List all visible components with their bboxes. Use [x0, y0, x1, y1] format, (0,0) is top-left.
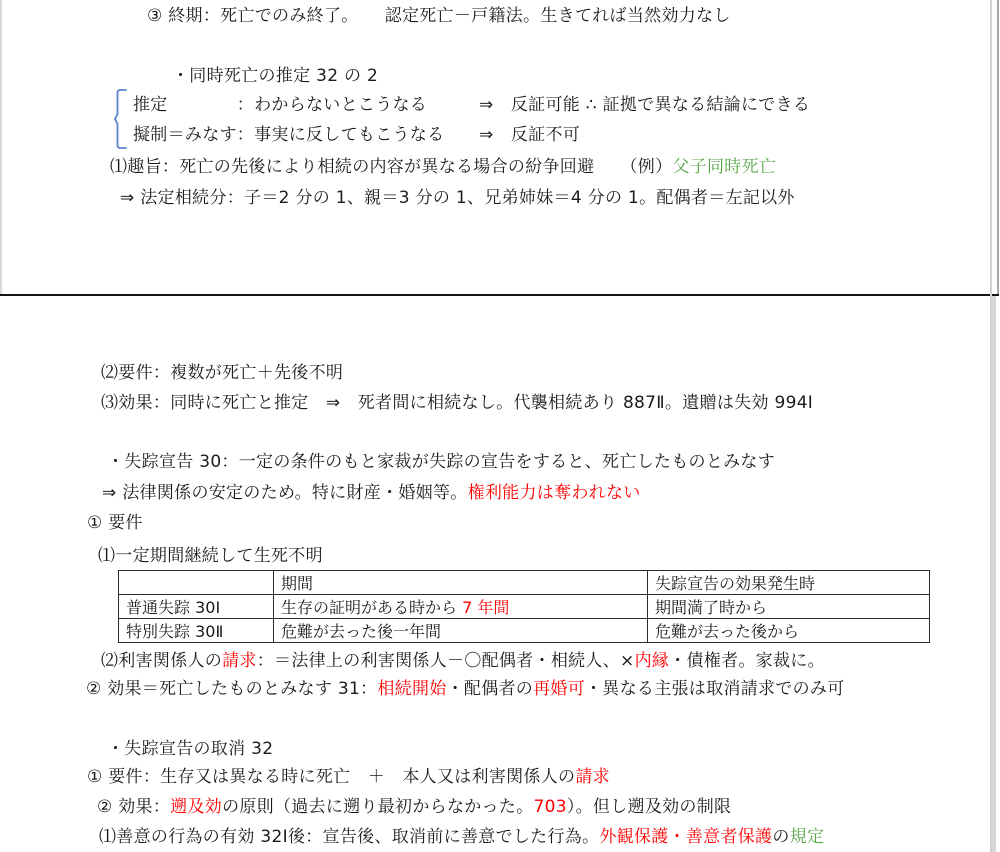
text-line: ⑵要件：複数が死亡＋先後不明	[101, 363, 343, 384]
text-segment: 危難が去った後から	[655, 622, 799, 641]
text-segment: 再婚可	[533, 679, 585, 699]
text-segment: の	[772, 827, 789, 847]
text-segment: ⑴趣旨：死亡の先後により相続の内容が異なる場合の紛争回避 （例）	[110, 157, 672, 177]
text-segment: ⑵要件：複数が死亡＋先後不明	[101, 363, 343, 383]
text-line: ② 効果：遡及効の原則（過去に遡り最初からなかった。703）。但し遡及効の制限	[97, 797, 731, 818]
table-header-cell: 期間	[274, 571, 648, 595]
text-segment: の原則（過去に遡り最初からなかった。	[222, 797, 533, 817]
text-segment: 権利能力は奪われない	[468, 483, 641, 503]
table-header-row: 期間失踪宣告の効果発生時	[119, 571, 930, 595]
text-segment: ⇒ 法律関係の安定のため。特に財産・婚姻等。	[102, 483, 468, 503]
table-row: 普通失踪 30Ⅰ生存の証明がある時から 7 年間期間満了時から	[119, 595, 930, 619]
text-segment: ⇒ 法定相続分：子＝2 分の 1、親＝3 分の 1、兄弟姉妹＝4 分の 1。配偶…	[120, 188, 795, 208]
text-segment: 期間満了時から	[655, 598, 767, 617]
text-segment: 普通失踪 30Ⅰ	[126, 598, 220, 617]
text-line: 擬制＝みなす：事実に反してもこうなる ⇒ 反証不可	[133, 125, 580, 146]
text-segment: 失踪宣告の効果発生時	[655, 574, 815, 593]
table-cell: 普通失踪 30Ⅰ	[119, 595, 274, 619]
text-segment: 父子同時死亡	[672, 157, 776, 177]
text-segment: ① 要件	[87, 513, 143, 533]
text-segment: 外観保護・善意者保護	[599, 827, 772, 847]
text-segment: 危難が去った後一年間	[281, 622, 441, 641]
table-header-cell: 失踪宣告の効果発生時	[648, 571, 930, 595]
table-cell: 危難が去った後から	[648, 619, 930, 643]
text-segment: 遡及効	[170, 797, 222, 817]
document-viewer: ③ 終期：死亡でのみ終了。 認定死亡－戸籍法。生きてれば当然効力なし・同時死亡の…	[0, 0, 1000, 852]
text-segment: ：＝法律上の利害関係人－〇配偶者・相続人、×	[257, 651, 635, 671]
text-segment: ① 要件：生存又は異なる時に死亡 ＋ 本人又は利害関係人の	[87, 767, 575, 787]
text-segment: 相続開始	[377, 679, 446, 699]
text-segment: ③ 終期：死亡でのみ終了。 認定死亡－戸籍法。生きてれば当然効力なし	[147, 6, 731, 26]
missing-person-table-body: 期間失踪宣告の効果発生時普通失踪 30Ⅰ生存の証明がある時から 7 年間期間満了…	[119, 571, 930, 643]
page1-right-frame-edge	[997, 0, 999, 294]
text-line: ⑴一定期間継続して生死不明	[98, 546, 323, 567]
text-segment: 推定 ：わからないとこうなる ⇒ 反証可能 ∴ 証拠で異なる結論にできる	[133, 95, 810, 115]
text-segment: 請求	[575, 767, 610, 787]
text-segment: 請求	[222, 651, 257, 671]
page-separator-line	[0, 294, 999, 296]
text-line: ③ 終期：死亡でのみ終了。 認定死亡－戸籍法。生きてれば当然効力なし	[147, 6, 731, 27]
text-segment: ・債権者。家裁に。	[669, 651, 825, 671]
text-segment: 期間	[281, 574, 313, 593]
text-segment: ② 効果：	[97, 797, 170, 817]
text-segment: ⑴一定期間継続して生死不明	[98, 546, 323, 566]
text-segment: 特別失踪 30Ⅱ	[126, 622, 223, 641]
text-segment: 生存の証明がある時から	[281, 598, 462, 617]
text-segment: 703	[533, 797, 566, 817]
text-line: ⑶効果：同時に死亡と推定 ⇒ 死者間に相続なし。代襲相続あり 887Ⅱ。遺贈は失…	[101, 393, 813, 414]
text-segment: 内縁	[635, 651, 670, 671]
table-cell: 特別失踪 30Ⅱ	[119, 619, 274, 643]
text-line: ② 効果＝死亡したものとみなす 31：相続開始・配偶者の再婚可・異なる主張は取消…	[86, 679, 845, 700]
text-line: ⇒ 法定相続分：子＝2 分の 1、親＝3 分の 1、兄弟姉妹＝4 分の 1。配偶…	[120, 188, 795, 209]
text-segment: ⑶効果：同時に死亡と推定 ⇒ 死者間に相続なし。代襲相続あり 887Ⅱ。遺贈は失…	[101, 393, 813, 413]
text-segment: 擬制＝みなす：事実に反してもこうなる ⇒ 反証不可	[133, 125, 580, 145]
text-segment: ・配偶者の	[447, 679, 534, 699]
text-line: ⇒ 法律関係の安定のため。特に財産・婚姻等。権利能力は奪われない	[102, 483, 641, 504]
page1-left-edge	[0, 0, 2, 294]
text-segment: ・異なる主張は取消請求でのみ可	[585, 679, 845, 699]
text-line: ⑴善意の行為の有効 32Ⅰ後：宣告後、取消前に善意でした行為。外観保護・善意者保…	[99, 827, 824, 848]
text-line: ・失踪宣告の取消 32	[107, 739, 273, 760]
text-line: ⑴趣旨：死亡の先後により相続の内容が異なる場合の紛争回避 （例）父子同時死亡	[110, 157, 776, 178]
table-header-cell	[119, 571, 274, 595]
missing-person-table: 期間失踪宣告の効果発生時普通失踪 30Ⅰ生存の証明がある時から 7 年間期間満了…	[118, 570, 930, 643]
text-line: ⑵利害関係人の請求：＝法律上の利害関係人－〇配偶者・相続人、×内縁・債権者。家裁…	[101, 651, 825, 672]
text-segment: 規定	[790, 827, 825, 847]
table-cell: 期間満了時から	[648, 595, 930, 619]
text-segment: ② 効果＝死亡したものとみなす 31：	[86, 679, 377, 699]
text-line: ・失踪宣告 30：一定の条件のもと家裁が失踪の宣告をすると、死亡したものとみなす	[107, 452, 775, 473]
text-segment: ・失踪宣告の取消 32	[107, 739, 273, 759]
table-cell: 生存の証明がある時から 7 年間	[274, 595, 648, 619]
text-segment: ・同時死亡の推定 32 の 2	[172, 66, 378, 86]
text-segment: ⑵利害関係人の	[101, 651, 222, 671]
left-brace-icon	[114, 88, 129, 150]
text-segment: ）。但し遡及効の制限	[567, 797, 732, 817]
text-line: 推定 ：わからないとこうなる ⇒ 反証可能 ∴ 証拠で異なる結論にできる	[133, 95, 810, 116]
text-segment: ⑴善意の行為の有効 32Ⅰ後：宣告後、取消前に善意でした行為。	[99, 827, 599, 847]
table-cell: 危難が去った後一年間	[274, 619, 648, 643]
text-line: ① 要件	[87, 513, 143, 534]
page-right-edge-line	[990, 0, 992, 852]
page2-right-edge	[992, 296, 996, 852]
table-row: 特別失踪 30Ⅱ危難が去った後一年間危難が去った後から	[119, 619, 930, 643]
text-segment: 7 年間	[462, 598, 509, 617]
text-line: ・同時死亡の推定 32 の 2	[172, 66, 378, 87]
text-line: ① 要件：生存又は異なる時に死亡 ＋ 本人又は利害関係人の請求	[87, 767, 610, 788]
text-segment: ・失踪宣告 30：一定の条件のもと家裁が失踪の宣告をすると、死亡したものとみなす	[107, 452, 775, 472]
